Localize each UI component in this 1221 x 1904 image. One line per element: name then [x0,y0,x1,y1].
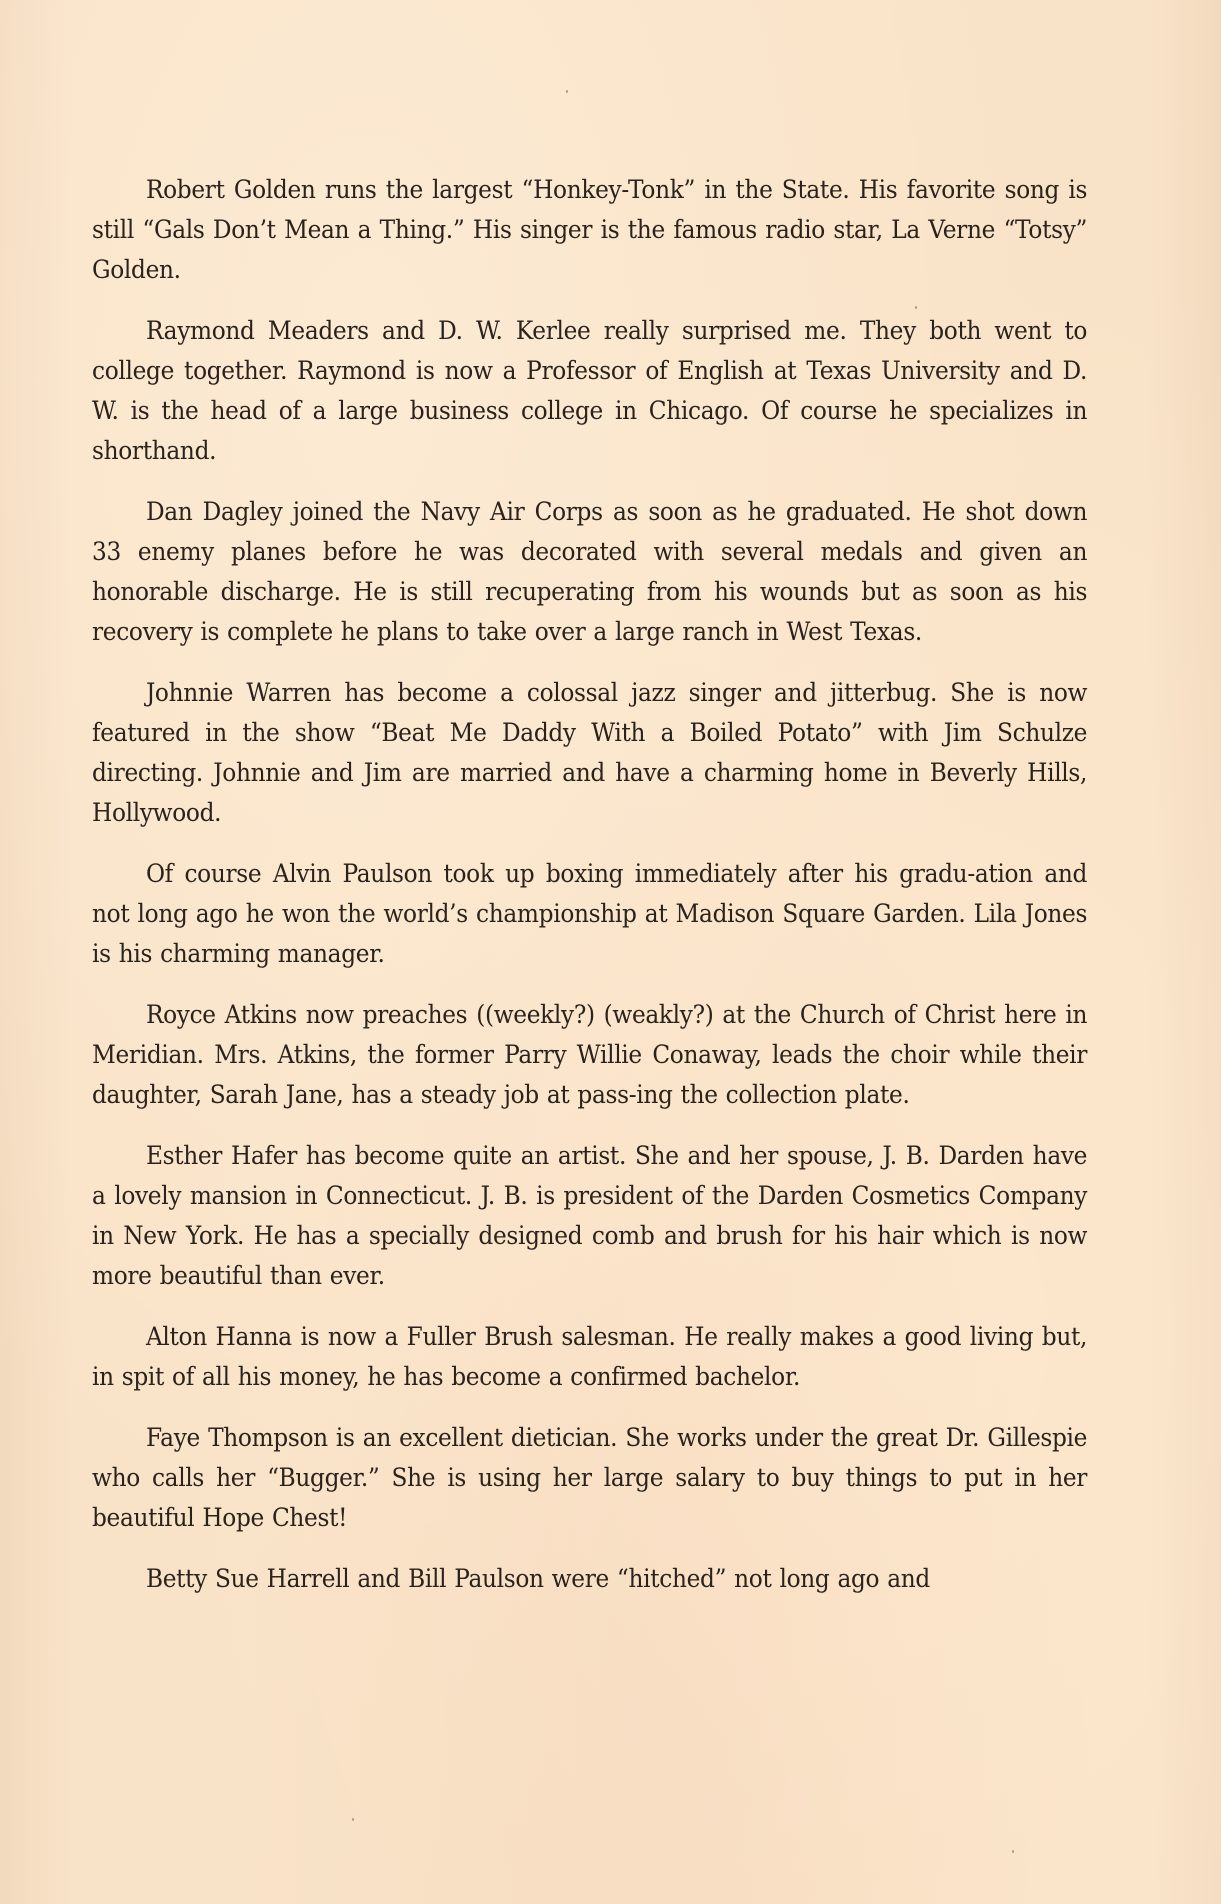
scanned-page: { "document": { "paragraphs": [ { "text"… [0,0,1221,1904]
paper-speck [915,306,917,309]
paragraph-alton-hanna: Alton Hanna is now a Fuller Brush salesm… [92,1317,1087,1397]
paragraph-raymond-meaders: Raymond Meaders and D. W. Kerlee really … [92,311,1087,471]
paragraph-faye-thompson: Faye Thompson is an excellent dietician.… [92,1418,1087,1538]
paper-speck [1012,1850,1014,1853]
paragraph-esther-hafer: Esther Hafer has become quite an artist.… [92,1136,1087,1296]
page-body: Robert Golden runs the largest “Honkey-T… [92,170,1087,1620]
paragraph-johnnie-warren: Johnnie Warren has become a colossal jaz… [92,673,1087,833]
paper-speck [352,1818,354,1821]
paragraph-alvin-paulson: Of course Alvin Paulson took up boxing i… [92,854,1087,974]
paragraph-robert-golden: Robert Golden runs the largest “Honkey-T… [92,170,1087,290]
paragraph-betty-sue-harrell: Betty Sue Harrell and Bill Paulson were … [92,1559,1087,1599]
paragraph-royce-atkins: Royce Atkins now preaches ((weekly?) (we… [92,995,1087,1115]
paper-speck [566,90,568,93]
paragraph-dan-dagley: Dan Dagley joined the Navy Air Corps as … [92,492,1087,652]
